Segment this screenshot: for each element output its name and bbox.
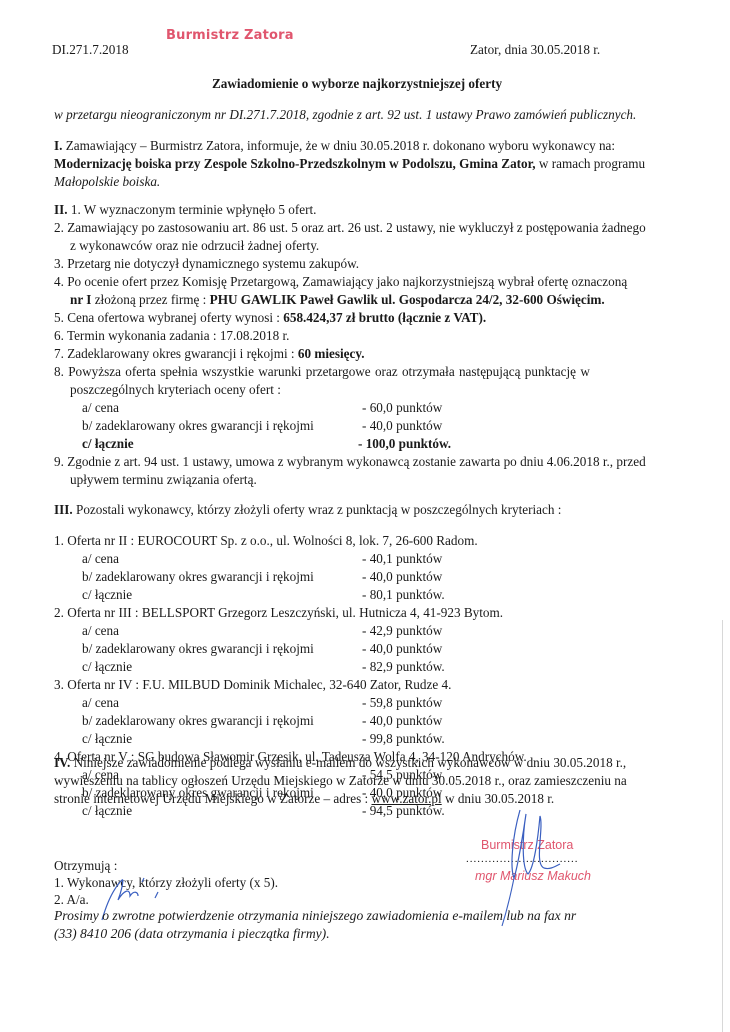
criterion-label: a/ cena bbox=[82, 695, 119, 711]
criterion-label: b/ zadeklarowany okres gwarancji i rękoj… bbox=[82, 418, 314, 434]
section-2-item-4: 4. Po ocenie ofert przez Komisję Przetar… bbox=[54, 274, 627, 290]
criterion-score: - 40,1 punktów bbox=[362, 551, 442, 567]
criterion-label: b/ zadeklarowany okres gwarancji i rękoj… bbox=[82, 641, 314, 657]
section-4-text3b: w dniu 30.05.2018 r. bbox=[442, 791, 554, 806]
offer-title: 1. Oferta nr II : EUROCOURT Sp. z o.o., … bbox=[54, 533, 478, 549]
offer-number: nr I bbox=[70, 292, 91, 307]
section-2-item-4-cont: nr I złożoną przez firmę : PHU GAWLIK Pa… bbox=[70, 292, 605, 308]
criterion-score: - 82,9 punktów. bbox=[362, 659, 445, 675]
criterion-score: - 99,8 punktów. bbox=[362, 731, 445, 747]
price-label: 5. Cena ofertowa wybranej oferty wynosi … bbox=[54, 310, 283, 325]
winning-company: PHU GAWLIK Paweł Gawlik ul. Gospodarcza … bbox=[210, 292, 605, 307]
offer-text: złożoną przez firmę : bbox=[91, 292, 209, 307]
section-2-item-8-cont: poszczególnych kryteriach oceny ofert : bbox=[70, 382, 281, 398]
criterion-label: a/ cena bbox=[82, 551, 119, 567]
criterion-label: c/ łącznie bbox=[82, 436, 134, 452]
section-4-line3: stronie internetowej Urzędu Miejskiego w… bbox=[54, 791, 554, 807]
reference-number: DI.271.7.2018 bbox=[52, 42, 129, 58]
section-2-item-3: 3. Przetarg nie dotyczył dynamicznego sy… bbox=[54, 256, 359, 272]
criterion-score: - 40,0 punktów bbox=[362, 569, 442, 585]
warranty-label: 7. Zadeklarowany okres gwarancji i rękoj… bbox=[54, 346, 298, 361]
scan-edge-line bbox=[722, 620, 723, 1032]
criterion-label: c/ łącznie bbox=[82, 659, 132, 675]
document-subtitle: w przetargu nieograniczonym nr DI.271.7.… bbox=[54, 107, 636, 123]
section-2-item-2-cont: z wykonawców oraz nie odrzucił żadnej of… bbox=[70, 238, 319, 254]
section-2-item-7: 7. Zadeklarowany okres gwarancji i rękoj… bbox=[54, 346, 365, 362]
section-4-number: IV. bbox=[54, 755, 70, 770]
criterion-label: a/ cena bbox=[82, 623, 119, 639]
section-3-text: Pozostali wykonawcy, którzy złożyli ofer… bbox=[73, 502, 562, 517]
section-4-line1: IV. Niniejsze zawiadomienie podlega wysł… bbox=[54, 755, 626, 771]
program-name: Małopolskie boiska. bbox=[54, 174, 160, 190]
section-2-item-5: 5. Cena ofertowa wybranej oferty wynosi … bbox=[54, 310, 486, 326]
section-2-item1-text: 1. W wyznaczonym terminie wpłynęło 5 ofe… bbox=[71, 202, 317, 217]
section-4-text: Niniejsze zawiadomienie podlega wysłaniu… bbox=[70, 755, 626, 770]
section-2-item-9: 9. Zgodnie z art. 94 ust. 1 ustawy, umow… bbox=[54, 454, 646, 470]
footer-request-line1: Prosimy o zwrotne potwierdzenie otrzyman… bbox=[54, 908, 576, 924]
project-name: Modernizację boiska przy Zespole Szkolno… bbox=[54, 156, 536, 171]
section-1-text: Zamawiający – Burmistrz Zatora, informuj… bbox=[66, 138, 615, 153]
place-date: Zator, dnia 30.05.2018 r. bbox=[470, 42, 600, 58]
offer-title: 2. Oferta nr III : BELLSPORT Grzegorz Le… bbox=[54, 605, 503, 621]
criterion-score: - 40,0 punktów bbox=[362, 641, 442, 657]
warranty-value: 60 miesięcy. bbox=[298, 346, 365, 361]
section-2-item-6: 6. Termin wykonania zadania : 17.08.2018… bbox=[54, 328, 289, 344]
criterion-score: - 40,0 punktów bbox=[362, 713, 442, 729]
section-2-item-8: 8. Powyższa oferta spełnia wszystkie war… bbox=[54, 364, 590, 380]
criterion-score: - 59,8 punktów bbox=[362, 695, 442, 711]
section-2-number: II. bbox=[54, 202, 68, 217]
section-1-rest: w ramach programu bbox=[536, 156, 646, 171]
section-4-text3: stronie internetowej Urzędu Miejskiego w… bbox=[54, 791, 372, 806]
criterion-score: - 42,9 punktów bbox=[362, 623, 442, 639]
footer-request-line2: (33) 8410 206 (data otrzymania i piecząt… bbox=[54, 926, 330, 942]
section-3-intro: III. Pozostali wykonawcy, którzy złożyli… bbox=[54, 502, 561, 518]
criterion-score: - 40,0 punktów bbox=[362, 418, 442, 434]
criterion-score: - 80,1 punktów. bbox=[362, 587, 445, 603]
section-3-number: III. bbox=[54, 502, 73, 517]
criterion-score: - 60,0 punktów bbox=[362, 400, 442, 416]
recipient-2: 2. A/a. bbox=[54, 892, 89, 908]
price-value: 658.424,37 zł brutto (łącznie z VAT). bbox=[283, 310, 486, 325]
document-title: Zawiadomienie o wyborze najkorzystniejsz… bbox=[212, 76, 502, 92]
website-link[interactable]: www.zator.pl bbox=[372, 791, 442, 806]
offer-title: 3. Oferta nr IV : F.U. MILBUD Dominik Mi… bbox=[54, 677, 451, 693]
criterion-score: - 100,0 punktów. bbox=[358, 436, 451, 452]
section-1-number: I. bbox=[54, 138, 62, 153]
section-2-item-2: 2. Zamawiający po zastosowaniu art. 86 u… bbox=[54, 220, 646, 236]
section-1-line2: Modernizację boiska przy Zespole Szkolno… bbox=[54, 156, 645, 172]
section-4-line2: wywieszeniu na tablicy ogłoszeń Urzędu M… bbox=[54, 773, 627, 789]
criterion-label: c/ łącznie bbox=[82, 731, 132, 747]
criterion-label: b/ zadeklarowany okres gwarancji i rękoj… bbox=[82, 713, 314, 729]
criterion-label: a/ cena bbox=[82, 400, 119, 416]
section-2-item-9-cont: upływem terminu związania ofertą. bbox=[70, 472, 257, 488]
mayor-stamp-header: Burmistrz Zatora bbox=[166, 28, 294, 43]
section-1-line1: I. Zamawiający – Burmistrz Zatora, infor… bbox=[54, 138, 615, 154]
criterion-label: b/ zadeklarowany okres gwarancji i rękoj… bbox=[82, 569, 314, 585]
criterion-label: c/ łącznie bbox=[82, 587, 132, 603]
section-2-item-1: II. 1. W wyznaczonym terminie wpłynęło 5… bbox=[54, 202, 316, 218]
